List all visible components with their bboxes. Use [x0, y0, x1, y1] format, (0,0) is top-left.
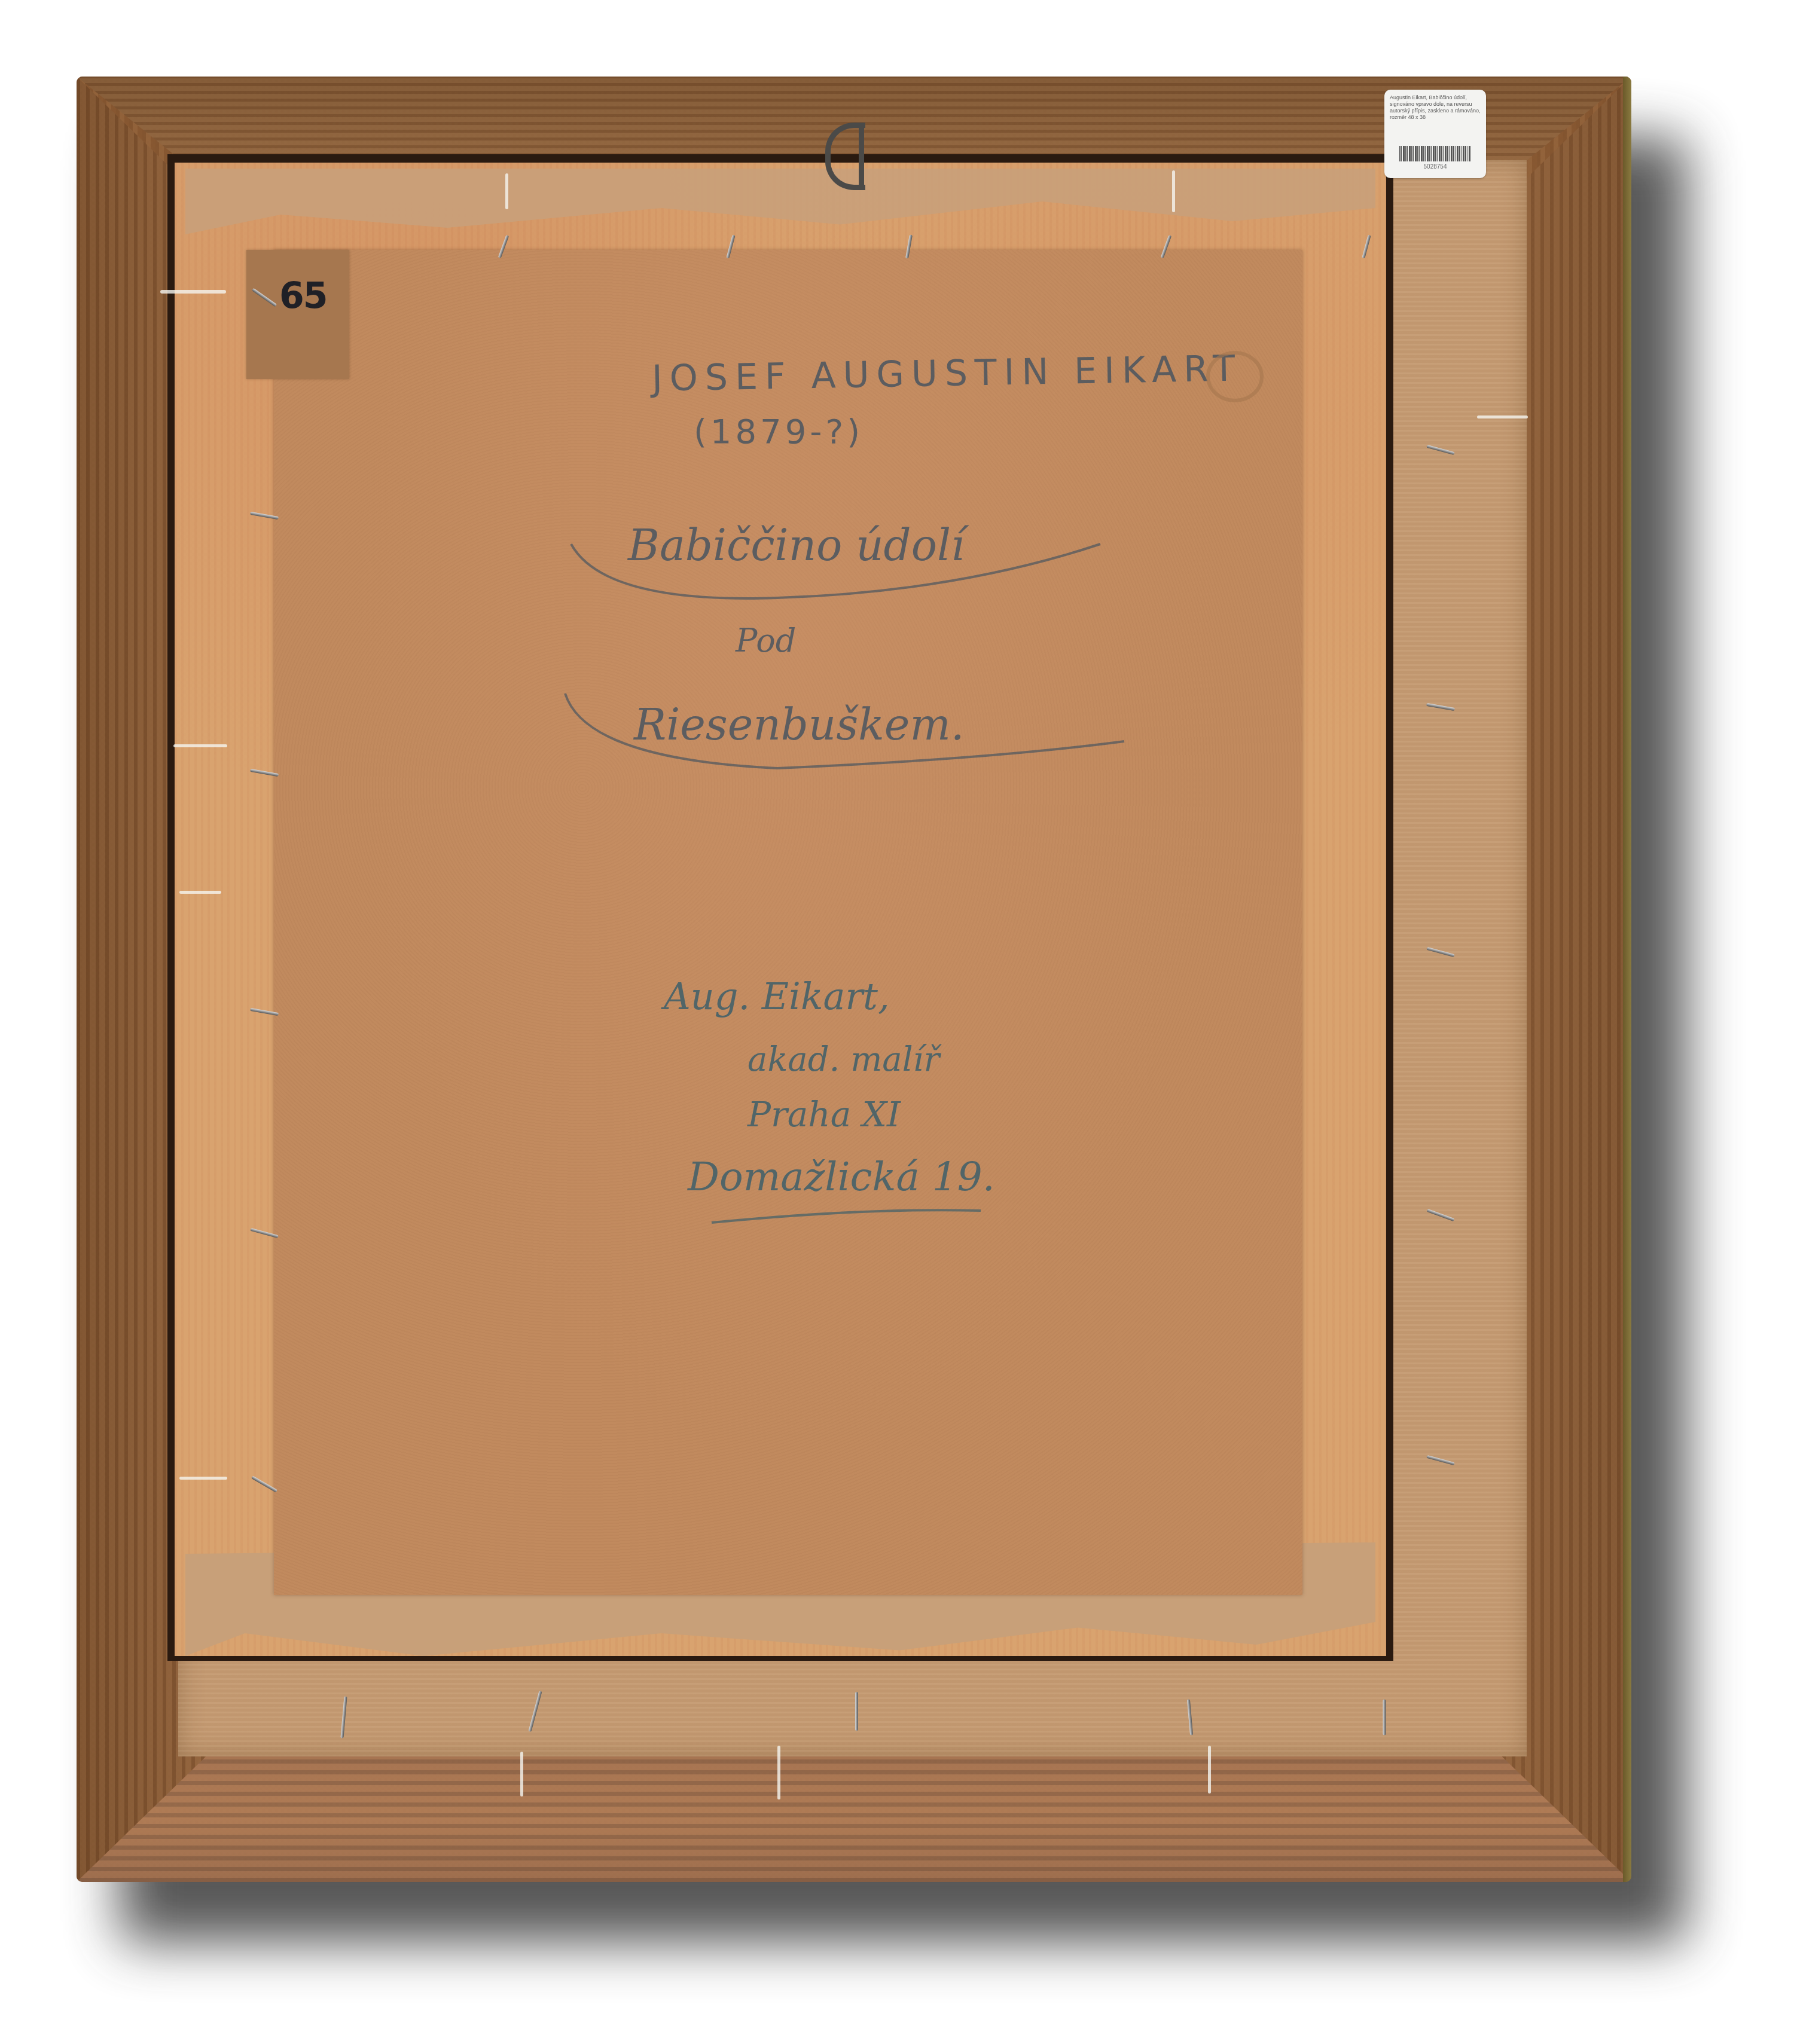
barcode-icon — [1399, 146, 1471, 161]
barcode-number: 5028754 — [1384, 164, 1486, 170]
nail-icon — [1383, 1700, 1386, 1736]
signed-backing-panel — [274, 250, 1302, 1595]
chalk-mark — [179, 1477, 227, 1480]
catalogue-label: Augustin Eikart, Babiččino údolí, signov… — [1384, 90, 1486, 178]
signature-line1: Aug. Eikart, — [664, 974, 890, 1018]
signature-line4: Domažlická 19. — [688, 1154, 995, 1200]
chalk-mark — [777, 1746, 780, 1799]
lot-number: 65 — [279, 275, 327, 317]
chalk-mark — [1208, 1746, 1211, 1794]
chalk-mark — [160, 290, 226, 294]
chalk-mark — [505, 173, 508, 209]
nail-icon — [855, 1692, 858, 1731]
title-inscription-line1: Babiččino údolí — [628, 520, 965, 570]
label-description: Augustin Eikart, Babiččino údolí, signov… — [1390, 94, 1483, 121]
chalk-mark — [1172, 170, 1175, 212]
lot-number-tag: 65 — [246, 250, 349, 379]
frame-gilt-edge — [1623, 77, 1631, 1882]
title-inscription-line3: Riesenbuškem. — [634, 699, 965, 750]
hanging-ring-bar — [859, 123, 864, 190]
chalk-mark — [520, 1752, 523, 1796]
artist-years-inscription: (1879-?) — [694, 413, 864, 451]
chalk-mark — [179, 891, 221, 894]
signature-line3: Praha XI — [747, 1094, 901, 1135]
title-inscription-line2: Pod — [736, 622, 796, 659]
chalk-mark — [173, 744, 227, 747]
signature-line2: akad. malíř — [747, 1040, 939, 1079]
chalk-mark — [1477, 415, 1528, 418]
